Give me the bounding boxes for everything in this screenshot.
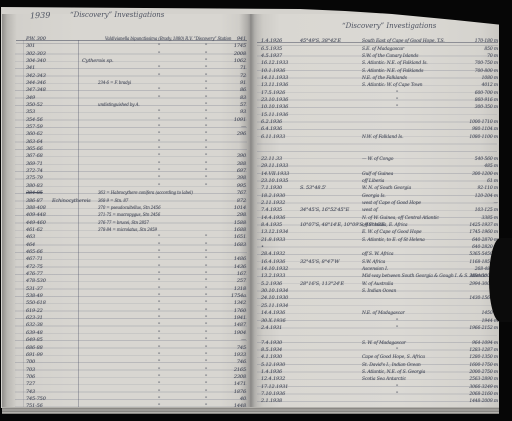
depth-cell: 300-1200 m: [455, 171, 498, 178]
date-cell: 13.2.1933: [261, 273, 285, 280]
station-detail-row: 4.5.1937S.W. of the Canary Islands70 m: [0, 53, 512, 60]
depth-cell: 4012 m: [455, 82, 498, 89]
depth-cell: 600-700 m: [455, 90, 498, 97]
date-cell: 22.11.33: [261, 156, 282, 163]
locality-cell: off Somalia, E. Africa: [362, 222, 407, 229]
date-cell: 4.1.1930: [261, 354, 282, 361]
depth-cell: 860-916 m: [455, 97, 498, 104]
locality-cell: Georgia Is.: [362, 193, 386, 200]
date-cell: 15.11.1936: [261, 112, 288, 119]
station-detail-row: 7.4.1930S. W. of Madagascar964-1094 m: [0, 340, 512, 347]
locality-cell: W. N. of South Georgia: [362, 185, 411, 192]
locality-cell: South East of Cape of Good Hope, T.S.: [362, 38, 445, 45]
depth-cell: 300-350 m: [455, 104, 498, 111]
depth-cell: 1966-2152 m: [455, 325, 498, 332]
depth-cell: —: [455, 200, 498, 207]
locality-cell: Scotia Sea Antarctic: [362, 376, 406, 383]
date-cell: 7.4.1930: [261, 340, 282, 347]
station-detail-row: 2.4.1931"1966-2152 m: [0, 325, 512, 332]
depth-cell: 3066-3249 m: [455, 384, 498, 391]
date-cell: 17.12.1931: [261, 384, 288, 391]
thumb-shadow: [489, 238, 512, 322]
date-cell: 2.4.1931: [261, 325, 282, 332]
locality-cell: E. W. of Cape of Good Hope: [362, 229, 422, 236]
date-cell: 18.2.1930: [261, 193, 285, 200]
date-cell: 13.12.1934: [261, 229, 288, 236]
station-detail-row: 10.1.1936S. Atlantic: N.E. of Falklands7…: [0, 68, 512, 75]
station-detail-row: 30.10.1934S. Indian Ocean—: [0, 288, 512, 295]
locality-cell: Ascension I.: [362, 266, 388, 273]
locality-cell: N.E. of Madagascar: [362, 310, 405, 317]
depth-cell: 2563-2890 m: [455, 376, 498, 383]
station-detail-row: 22.11.33— W. of Congo540-560 m: [0, 156, 512, 163]
locality-cell: N.W. of Falkland Is.: [362, 134, 403, 141]
station-detail-row: 14.VII.1933Gulf of Guinea300-1200 m: [0, 171, 512, 178]
locality-cell: S.E. of Madagascar: [362, 46, 404, 53]
station-detail-row: 7.1.1930S. 53°48.5'W. N. of South Georgi…: [0, 185, 512, 192]
ditto-mark: ": [396, 90, 398, 97]
date-cell: 8.5.1934: [261, 347, 282, 354]
depth-cell: 70 m: [455, 53, 498, 60]
date-cell: 25.11.1934: [261, 303, 288, 310]
station-detail-row: 23.10.1936"860-916 m: [0, 97, 512, 104]
ditto-mark: ": [396, 347, 398, 354]
date-cell: •: [261, 244, 264, 251]
date-cell: 5.12.1930: [261, 362, 285, 369]
scan-background-right: [499, 0, 512, 421]
depth-cell: 980-1104 m: [455, 126, 498, 133]
locality-cell: Gulf of Guinea: [362, 171, 393, 178]
ditto-mark: ": [396, 391, 398, 398]
station-detail-row: 21.8.1933S. Atlantic, to E. of St Helena…: [0, 237, 512, 244]
date-cell: 14.4.1936: [261, 215, 285, 222]
locality-cell: S.W. Africa: [362, 259, 385, 266]
locality-cell: W. of Australia: [362, 281, 393, 288]
station-detail-row: 4.1.1930Cape of Good Hope, S. Africa1280…: [0, 354, 512, 361]
station-detail-row: 13.2.1933Mid-way between South Georgia &…: [0, 273, 512, 280]
station-detail-row: 28.4.1932off S. W. Africa5365-5450 m: [0, 251, 512, 258]
date-cell: 7.1.1930: [261, 185, 282, 192]
date-cell: 17.5.1926: [261, 90, 285, 97]
date-cell: 14.10.1932: [261, 266, 288, 273]
coords-cell: 28°16'S, 113°24'E: [300, 281, 344, 288]
year-label: 1939: [30, 11, 51, 21]
date-cell: 1.4.1926: [261, 38, 282, 45]
locality-cell: S. Atlantic: N.E. of Falklands: [362, 68, 423, 75]
coords-cell: S. 53°48.5': [300, 185, 326, 192]
locality-cell: N.E. of the Falklands: [362, 75, 407, 82]
date-cell: 16.12.1933: [261, 60, 288, 67]
depth-cell: 700-750 m: [455, 60, 498, 67]
date-cell: 4.5.1937: [261, 53, 282, 60]
station-detail-row: 1.4.192645°49'S, 38°42'ESouth East of Ca…: [0, 38, 512, 45]
depth-cell: 1600-1750 m: [455, 362, 498, 369]
locality-cell: west of: [362, 207, 377, 214]
station-detail-row: 13.11.1936S. Atlantic: W. of Cape Town40…: [0, 82, 512, 89]
depth-cell: 2068-2160 m: [455, 391, 498, 398]
locality-cell: S. Indian Ocean: [362, 288, 396, 295]
station-detail-row: [0, 141, 512, 148]
station-detail-row: 8.5.1934"1283-1287 m: [0, 347, 512, 354]
right-page-title: “Discovery” Investigations: [342, 22, 436, 30]
date-cell: 6.4.1936: [261, 126, 282, 133]
station-detail-row: 14.10.1932Ascension I.268-485 m: [0, 266, 512, 273]
date-cell: 14.11.1933: [261, 75, 288, 82]
station-detail-row: 18.2.1930Georgia Is.120-204 m: [0, 193, 512, 200]
ditto-mark: ": [396, 318, 398, 325]
locality-cell: S. Atlantic: N.E. of Falkland Is.: [362, 60, 428, 67]
station-detail-row: 6.4.1936980-1104 m: [0, 126, 512, 133]
station-detail-row: 14.4.1936N. of W. Guinea, off Central At…: [0, 215, 512, 222]
coords-cell: 32°45'S, 8°47'W: [300, 259, 339, 266]
station-detail-row: 23.10.1935off Liberia61 m: [0, 178, 512, 185]
locality-cell: off S. W. Africa: [362, 251, 393, 258]
date-cell: 7.4.1935: [261, 207, 282, 214]
date-cell: 7.10.1936: [261, 391, 285, 398]
date-cell: 24.10.1930: [261, 295, 288, 302]
depth-cell: 1000-1710 m: [455, 119, 498, 126]
date-cell: 28.4.1932: [261, 251, 285, 258]
date-cell: 5.2.1936: [261, 281, 282, 288]
station-detail-row: 29.11.1933485 m: [0, 163, 512, 170]
date-cell: 2.1.1938: [261, 398, 282, 405]
station-detail-row: 7.10.1936"2068-2160 m: [0, 391, 512, 398]
depth-cell: 92-110 m: [455, 185, 498, 192]
station-detail-row: 8.4.193510°07'S, 48°14'E, 10°09'S, 48°16…: [0, 222, 512, 229]
depth-cell: 850 m: [455, 46, 498, 53]
station-detail-row: 16.4.193632°45'S, 8°47'WS.W. Africa1168-…: [0, 259, 512, 266]
left-page-title: “Discovery” Investigations: [70, 11, 164, 19]
station-detail-row: 6.5.1935S.E. of Madagascar850 m: [0, 46, 512, 53]
depth-cell: 1080 m: [455, 75, 498, 82]
locality-cell: Cape of Good Hope, S. Africa: [362, 354, 425, 361]
ditto-mark: ": [396, 325, 398, 332]
depth-cell: 1944 m: [455, 318, 498, 325]
date-cell: 23.10.1935: [261, 178, 288, 185]
date-cell: 2.11.1932: [261, 200, 285, 207]
locality-cell: S.W. of the Canary Islands: [362, 53, 418, 60]
depth-cell: 964-1094 m: [455, 340, 498, 347]
station-detail-row: 24.10.19301430-1560 m: [0, 295, 512, 302]
locality-cell: S. Atlantic, N.E. of S. Georgia: [362, 369, 425, 376]
depth-cell: 1450 m: [455, 310, 498, 317]
date-cell: 14.4.1936: [261, 310, 285, 317]
station-detail-row: 5.2.193628°16'S, 113°24'EW. of Australia…: [0, 281, 512, 288]
depth-cell: 103-125 m: [455, 207, 498, 214]
ditto-mark: ": [396, 104, 398, 111]
station-detail-row: 2.11.1932west of Cape of Good Hope—: [0, 200, 512, 207]
station-detail-row: 17.5.1926"600-700 m: [0, 90, 512, 97]
date-cell: 10.1.1936: [261, 68, 285, 75]
date-cell: 29.11.1933: [261, 163, 288, 170]
locality-cell: S. W. of Madagascar: [362, 340, 406, 347]
station-detail-row: 13.12.1934E. W. of Cape of Good Hope1745…: [0, 229, 512, 236]
station-detail-row: 14.4.1936N.E. of Madagascar1450 m: [0, 310, 512, 317]
station-detail-row: 16.12.1933S. Atlantic: N.E. of Falkland …: [0, 60, 512, 67]
locality-cell: — W. of Congo: [362, 156, 393, 163]
depth-cell: 640-2870 m: [455, 237, 498, 244]
station-detail-row: 25.11.1934—: [0, 303, 512, 310]
locality-cell: S. Atlantic: W. of Cape Town: [362, 82, 422, 89]
depth-cell: 1080-1100 m: [455, 134, 498, 141]
station-detail-row: 6.11.1933N.W. of Falkland Is.1080-1100 m: [0, 134, 512, 141]
station-detail-row: [0, 332, 512, 339]
depth-cell: 540-560 m: [455, 156, 498, 163]
date-cell: 6.5.1935: [261, 46, 282, 53]
station-detail-row: •640-2820 m: [0, 244, 512, 251]
ditto-mark: ": [396, 97, 398, 104]
depth-cell: 1425-1937 m: [455, 222, 498, 229]
date-cell: 6.2.1936: [261, 119, 282, 126]
date-cell: 8.4.1935: [261, 222, 282, 229]
depth-cell: 700-800 m: [455, 68, 498, 75]
date-cell: 30.X.1936: [261, 318, 285, 325]
depth-cell: 1283-1287 m: [455, 347, 498, 354]
depth-cell: 3385 m: [455, 215, 498, 222]
station-detail-row: 15.11.1936: [0, 112, 512, 119]
locality-cell: St. David's I., Indian Ocean: [362, 362, 421, 369]
date-cell: 6.11.1933: [261, 134, 285, 141]
station-detail-row: 12.4.1932Scotia Sea Antarctic2563-2890 m: [0, 376, 512, 383]
date-cell: 23.10.1936: [261, 97, 288, 104]
depth-cell: 2000-2750 m: [455, 369, 498, 376]
date-cell: 16.4.1936: [261, 259, 285, 266]
coords-cell: 45°49'S, 38°42'E: [300, 38, 341, 45]
station-detail-row: 30.X.1936"1944 m: [0, 318, 512, 325]
date-cell: 13.11.1936: [261, 82, 288, 89]
depth-cell: 61 m: [455, 178, 498, 185]
depth-cell: 120-204 m: [455, 193, 498, 200]
locality-cell: S. Atlantic, to E. of St Helena: [362, 237, 425, 244]
station-detail-row: 17.12.1931"3066-3249 m: [0, 384, 512, 391]
coords-cell: 34°45'S, 16°52'45"E: [300, 207, 349, 214]
depth-cell: 1280-1350 m: [455, 354, 498, 361]
depth-cell: 1448-2009 m: [455, 398, 498, 405]
date-cell: 1.4.1936: [261, 369, 282, 376]
depth-cell: 1745-1960 m: [455, 229, 498, 236]
date-cell: 21.8.1933: [261, 237, 285, 244]
station-detail-row: 1.4.1936S. Atlantic, N.E. of S. Georgia2…: [0, 369, 512, 376]
locality-cell: off Liberia: [362, 178, 384, 185]
station-detail-row: 7.4.193534°45'S, 16°52'45"Ewest of103-12…: [0, 207, 512, 214]
station-detail-row: 10.10.1936"300-350 m: [0, 104, 512, 111]
station-detail-row: 5.12.1930St. David's I., Indian Ocean160…: [0, 362, 512, 369]
station-detail-row: 6.2.19361000-1710 m: [0, 119, 512, 126]
date-cell: 12.4.1932: [261, 376, 285, 383]
locality-cell: N. of W. Guinea, off Central Atlantic: [362, 215, 439, 222]
depth-cell: 485 m: [455, 163, 498, 170]
locality-cell: west of Cape of Good Hope: [362, 200, 421, 207]
scan-background-bottom: [0, 414, 512, 421]
date-cell: 14.VII.1933: [261, 171, 289, 178]
depth-cell: 170-180 m: [455, 38, 498, 45]
ditto-mark: ": [396, 384, 398, 391]
station-detail-row: 14.11.1933N.E. of the Falklands1080 m: [0, 75, 512, 82]
station-detail-row: 2.1.19381448-2009 m: [0, 398, 512, 405]
station-detail-row: [0, 148, 512, 155]
date-cell: 10.10.1936: [261, 104, 288, 111]
